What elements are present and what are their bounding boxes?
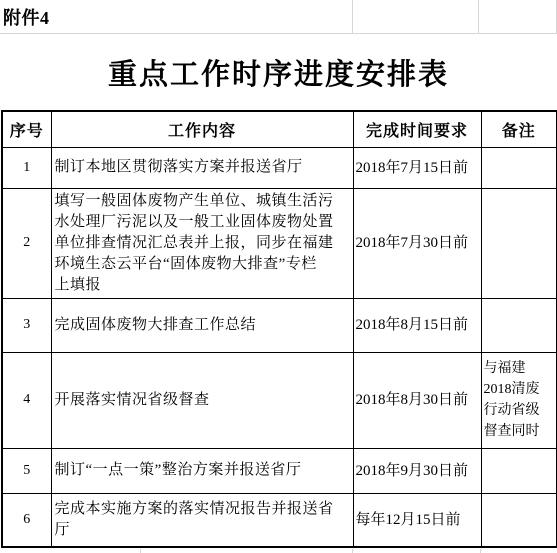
row-number-cell: 1	[2, 147, 51, 188]
table-row: 5 制订“一点一策”整治方案并报送省厅 2018年9月30日前	[2, 448, 557, 493]
work-content-cell: 完成固体废物大排查工作总结	[51, 298, 353, 352]
gridline-vertical	[480, 549, 481, 553]
remark-cell	[481, 188, 557, 298]
table-row: 3 完成固体废物大排查工作总结 2018年8月15日前	[2, 298, 557, 352]
remark-cell	[481, 493, 557, 547]
attachment-label: 附件4	[3, 4, 50, 30]
deadline-cell: 2018年7月15日前	[353, 147, 481, 188]
spreadsheet-top-strip: 附件4	[0, 0, 557, 34]
work-content-cell: 制订“一点一策”整治方案并报送省厅	[51, 448, 353, 493]
remark-cell: 与福建 2018清废 行动省级 督查同时	[481, 352, 557, 448]
row-number-cell: 2	[2, 188, 51, 298]
header-cell-deadline: 完成时间要求	[353, 111, 481, 147]
gridline-vertical	[478, 0, 479, 33]
header-cell-content: 工作内容	[51, 111, 353, 147]
deadline-cell: 2018年9月30日前	[353, 448, 481, 493]
table-row: 1 制订本地区贯彻落实方案并报送省厅 2018年7月15日前	[2, 147, 557, 188]
schedule-table: 序号 工作内容 完成时间要求 备注 1 制订本地区贯彻落实方案并报送省厅 201…	[1, 110, 557, 548]
table-row: 6 完成本实施方案的落实情况报告并报送省 厅 每年12月15日前	[2, 493, 557, 547]
table-header-row: 序号 工作内容 完成时间要求 备注	[2, 111, 557, 147]
row-number-cell: 4	[2, 352, 51, 448]
work-content-cell: 开展落实情况省级督查	[51, 352, 353, 448]
page: 附件4 重点工作时序进度安排表 序号 工作内容 完成时间要求 备注 1 制订本地…	[0, 0, 557, 553]
gridline-vertical	[352, 549, 353, 553]
work-content-cell: 制订本地区贯彻落实方案并报送省厅	[51, 147, 353, 188]
deadline-cell: 2018年8月15日前	[353, 298, 481, 352]
spreadsheet-bottom-strip	[0, 549, 557, 553]
deadline-cell: 2018年7月30日前	[353, 188, 481, 298]
remark-cell	[481, 147, 557, 188]
remark-cell	[481, 448, 557, 493]
work-content-cell: 填写一般固体废物产生单位、城镇生活污 水处理厂污泥以及一般工业固体废物处置 单位…	[51, 188, 353, 298]
row-number-cell: 3	[2, 298, 51, 352]
table-row: 2 填写一般固体废物产生单位、城镇生活污 水处理厂污泥以及一般工业固体废物处置 …	[2, 188, 557, 298]
remark-cell	[481, 298, 557, 352]
work-content-cell: 完成本实施方案的落实情况报告并报送省 厅	[51, 493, 353, 547]
deadline-cell: 2018年8月30日前	[353, 352, 481, 448]
deadline-cell: 每年12月15日前	[353, 493, 481, 547]
title-band: 重点工作时序进度安排表	[0, 34, 557, 110]
gridline-vertical	[352, 0, 353, 33]
header-cell-number: 序号	[2, 111, 51, 147]
table-row: 4 开展落实情况省级督查 2018年8月30日前 与福建 2018清废 行动省级…	[2, 352, 557, 448]
header-cell-remark: 备注	[481, 111, 557, 147]
row-number-cell: 5	[2, 448, 51, 493]
gridline-vertical	[140, 549, 141, 553]
row-number-cell: 6	[2, 493, 51, 547]
page-title: 重点工作时序进度安排表	[108, 52, 449, 93]
